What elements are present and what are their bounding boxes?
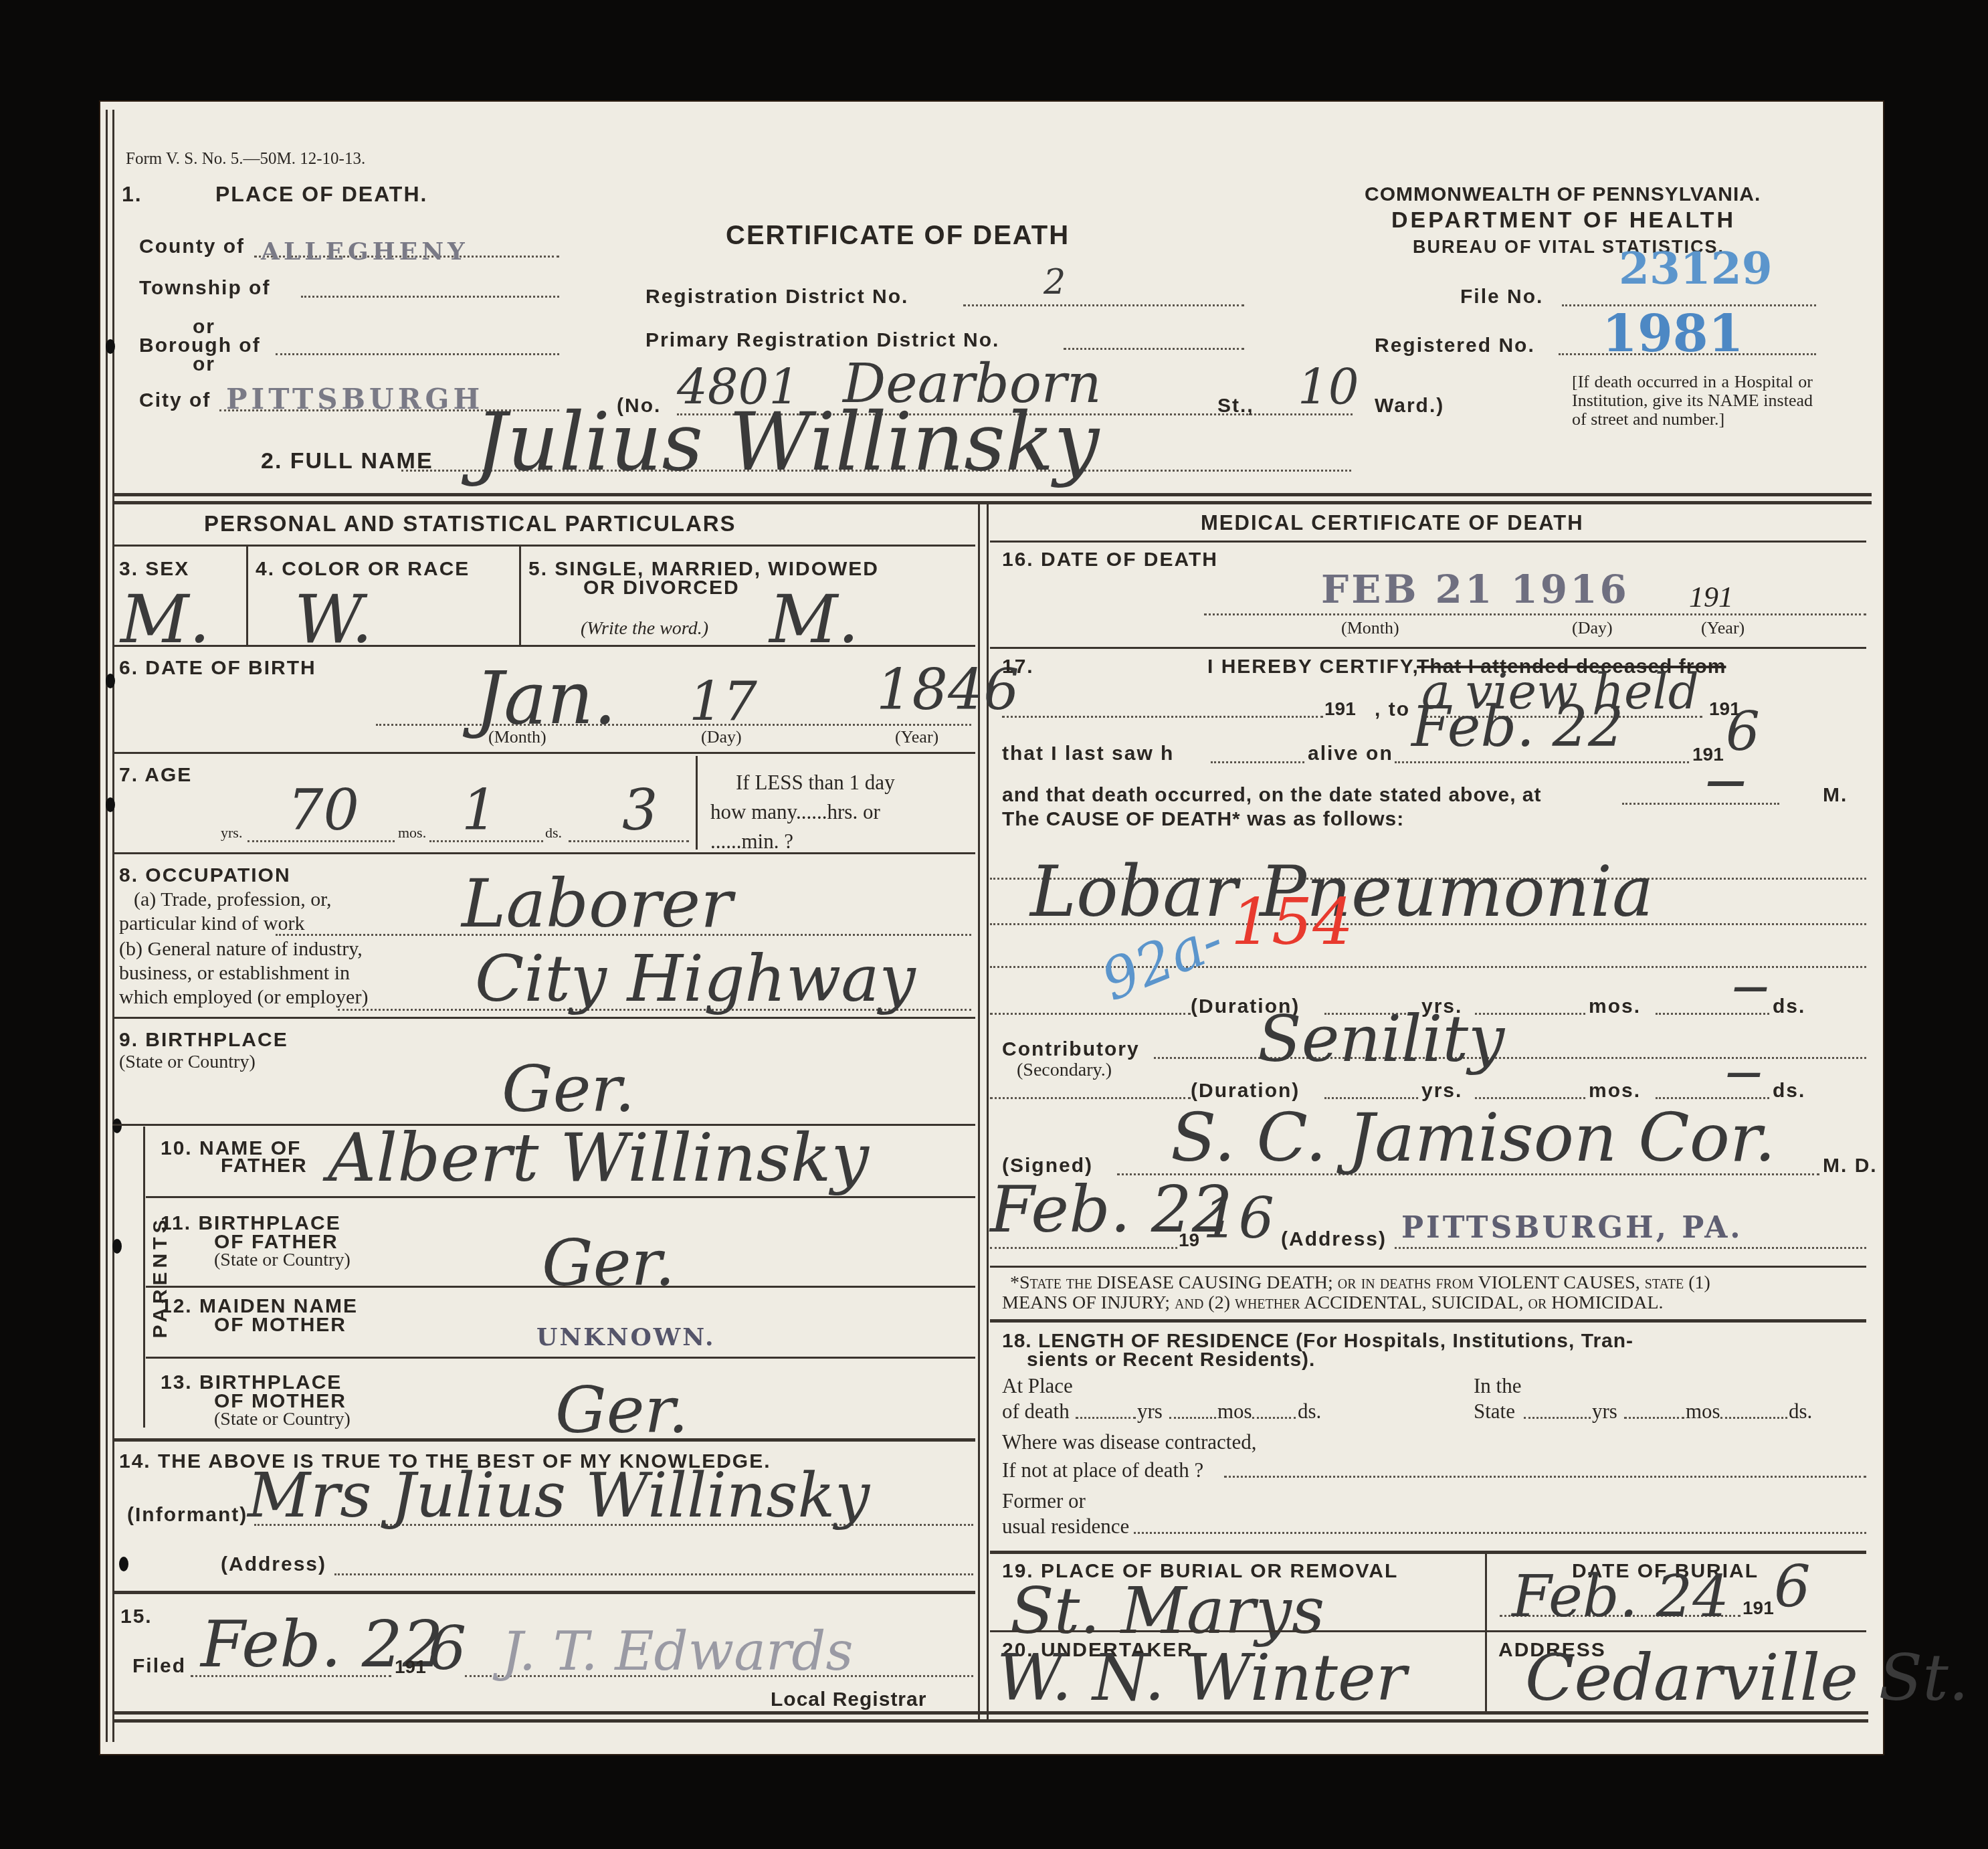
dod-day-caption: (Day) bbox=[1572, 618, 1613, 638]
dob-label: 6. DATE OF BIRTH bbox=[119, 657, 316, 680]
physician-signature: S. C. Jamison Cor. bbox=[1171, 1098, 1776, 1177]
duration-field[interactable] bbox=[990, 1013, 1191, 1015]
physician-address-label: (Address) bbox=[1281, 1228, 1387, 1251]
binder-hole bbox=[112, 1239, 122, 1254]
contracted-field[interactable] bbox=[1224, 1476, 1866, 1478]
state-label: State bbox=[1474, 1399, 1515, 1424]
binder-hole bbox=[106, 674, 115, 688]
burial-place-value[interactable]: St. Marys bbox=[1010, 1573, 1324, 1648]
registered-no-label: Registered No. bbox=[1375, 334, 1535, 357]
from-year-prefix: 191 bbox=[1324, 698, 1356, 720]
marital-label-2: OR DIVORCED bbox=[583, 577, 740, 599]
occupation-label: 8. OCCUPATION bbox=[119, 864, 291, 887]
township-label: Township of bbox=[139, 277, 270, 300]
less-than-day-1: If LESS than 1 day bbox=[736, 771, 895, 795]
age-days-value: 3 bbox=[622, 777, 658, 843]
father-birthplace-value[interactable]: Ger. bbox=[542, 1226, 675, 1300]
mother-name-stamp[interactable]: UNKNOWN. bbox=[536, 1323, 715, 1351]
duration2-ds-label: ds. bbox=[1773, 1080, 1805, 1102]
race-label: 4. COLOR OR RACE bbox=[256, 558, 470, 581]
of-death-label: of death bbox=[1002, 1399, 1070, 1424]
divider bbox=[990, 647, 1866, 649]
place-ds-field[interactable] bbox=[1252, 1417, 1296, 1419]
alive-on-label: alive on bbox=[1308, 743, 1393, 765]
date-of-death-label: 16. DATE OF DEATH bbox=[1002, 549, 1218, 571]
duration-ds-value: — bbox=[1732, 965, 1769, 1007]
classification-code-red: 154 bbox=[1231, 884, 1353, 959]
state-mos-label: mos bbox=[1686, 1399, 1720, 1424]
occupation-b-3: which employed (or employer) bbox=[119, 986, 368, 1009]
divider bbox=[990, 1266, 1866, 1268]
dod-year-prefix: 191 bbox=[1689, 580, 1733, 614]
registrar-label: Local Registrar bbox=[771, 1688, 926, 1711]
registration-district-value: 2 bbox=[1043, 262, 1066, 302]
city-label: City of bbox=[139, 389, 211, 412]
duration2-field[interactable] bbox=[990, 1097, 1191, 1099]
county-label: County of bbox=[139, 235, 245, 258]
former-label: Former or bbox=[1002, 1489, 1086, 1513]
age-label: 7. AGE bbox=[119, 764, 192, 787]
divider bbox=[112, 1719, 1868, 1723]
dob-year: 1846 bbox=[876, 657, 1019, 722]
street-label: St., bbox=[1217, 395, 1254, 417]
place-mos-label: mos bbox=[1217, 1399, 1252, 1424]
death-certificate: Form V. S. No. 5.—50M. 12-10-13. 1. PLAC… bbox=[100, 102, 1883, 1754]
medical-heading: MEDICAL CERTIFICATE OF DEATH bbox=[1201, 511, 1584, 535]
last-saw-field[interactable] bbox=[1211, 761, 1304, 763]
burial-year-prefix: 191 bbox=[1743, 1597, 1774, 1619]
signed-year-suffix: 16 bbox=[1203, 1185, 1274, 1251]
ward-value: 10 bbox=[1298, 359, 1359, 415]
informant-address-label: (Address) bbox=[221, 1553, 326, 1576]
duration2-ds-value: — bbox=[1726, 1050, 1762, 1093]
age-months-value: 1 bbox=[462, 777, 497, 843]
occupation-b-2: business, or establishment in bbox=[119, 962, 350, 985]
month-caption: (Month) bbox=[488, 727, 546, 747]
day-caption: (Day) bbox=[701, 727, 742, 747]
divider bbox=[112, 1711, 1868, 1715]
place-yrs-field[interactable] bbox=[1076, 1417, 1136, 1419]
former-residence-field[interactable] bbox=[1134, 1532, 1866, 1534]
undertaker-value[interactable]: W. N. Winter bbox=[997, 1640, 1407, 1715]
m-label: M. bbox=[1823, 784, 1848, 807]
sex-label: 3. SEX bbox=[119, 558, 189, 581]
filed-year-prefix: 191 bbox=[395, 1656, 426, 1678]
death-time-field[interactable] bbox=[1622, 803, 1779, 805]
divider bbox=[112, 493, 1872, 496]
signed-date-field[interactable] bbox=[990, 1247, 1177, 1249]
secondary-label: (Secondary.) bbox=[1017, 1060, 1112, 1081]
burial-year-suffix: 6 bbox=[1774, 1553, 1811, 1620]
last-saw-label: that I last saw h bbox=[1002, 743, 1174, 765]
place-ds-label: ds. bbox=[1298, 1399, 1321, 1424]
binder-hole bbox=[119, 1557, 128, 1571]
less-than-day-3[interactable]: ......min. ? bbox=[710, 830, 793, 854]
divider bbox=[990, 541, 1866, 543]
physician-address-field[interactable] bbox=[1395, 1247, 1866, 1249]
borough-field[interactable] bbox=[276, 353, 559, 355]
primary-registration-field[interactable] bbox=[1064, 348, 1244, 350]
mother-birthplace-value[interactable]: Ger. bbox=[555, 1373, 688, 1448]
file-no-stamp: 23129 bbox=[1619, 242, 1773, 294]
agency-commonwealth: COMMONWEALTH OF PENNSYLVANIA. bbox=[1365, 183, 1761, 206]
informant-label: (Informant) bbox=[127, 1504, 247, 1527]
occupation-b-1: (b) General nature of industry, bbox=[119, 938, 363, 961]
father-birthplace-hint: (State or Country) bbox=[214, 1250, 351, 1271]
ward-label: Ward.) bbox=[1375, 395, 1444, 417]
informant-address-field[interactable] bbox=[334, 1573, 973, 1575]
residence-heading-2: sients or Recent Residents). bbox=[1027, 1349, 1315, 1371]
age-years-value: 70 bbox=[288, 777, 359, 843]
birthplace-hint: (State or Country) bbox=[119, 1052, 256, 1073]
divider bbox=[112, 1017, 975, 1019]
divider bbox=[112, 545, 975, 547]
city-stamp: PITTSBURGH bbox=[226, 383, 484, 415]
to-label: , to bbox=[1375, 698, 1410, 721]
less-than-day-2[interactable]: how many......hrs. or bbox=[710, 800, 880, 824]
in-the-label: In the bbox=[1474, 1374, 1521, 1398]
alive-on-field[interactable] bbox=[1395, 761, 1689, 763]
township-field[interactable] bbox=[301, 296, 559, 298]
dob-day: 17 bbox=[689, 670, 757, 733]
state-yrs-label: yrs bbox=[1592, 1399, 1617, 1424]
divider bbox=[112, 645, 975, 647]
physician-address-stamp: PITTSBURGH, PA. bbox=[1401, 1211, 1743, 1245]
signed-year-prefix: 19 bbox=[1179, 1230, 1199, 1251]
binder-hole bbox=[106, 339, 115, 354]
registered-no-stamp: 1981 bbox=[1602, 304, 1744, 363]
filed-year-suffix: 6 bbox=[428, 1614, 466, 1684]
divider bbox=[112, 501, 1872, 504]
divider bbox=[112, 852, 975, 854]
certificate-title: CERTIFICATE OF DEATH bbox=[726, 221, 1070, 251]
parents-divider bbox=[143, 1127, 145, 1428]
cause-label: The CAUSE OF DEATH* was as follows: bbox=[1002, 808, 1404, 831]
registration-district-label: Registration District No. bbox=[645, 286, 908, 308]
state-yrs-field[interactable] bbox=[1524, 1417, 1591, 1419]
yrs-label: yrs. bbox=[221, 824, 242, 842]
divider bbox=[990, 1551, 1866, 1554]
full-name-value: Julius Willinsky bbox=[475, 396, 1099, 489]
death-time-label: and that death occurred, on the date sta… bbox=[1002, 784, 1541, 807]
cell-divider bbox=[519, 545, 521, 645]
place-mos-field[interactable] bbox=[1169, 1417, 1216, 1419]
filed-label: Filed bbox=[132, 1655, 186, 1678]
contributory-value: Senility bbox=[1258, 1001, 1504, 1076]
registrar-signature: J. T. Edwards bbox=[502, 1620, 853, 1682]
divider bbox=[146, 1196, 975, 1198]
footnote-line-1: *State the DISEASE CAUSING DEATH; or in … bbox=[1010, 1272, 1710, 1294]
primary-registration-label: Primary Registration District No. bbox=[645, 329, 999, 352]
filed-num: 15. bbox=[120, 1605, 153, 1628]
state-ds-field[interactable] bbox=[1720, 1417, 1787, 1419]
dod-month-caption: (Month) bbox=[1341, 618, 1399, 638]
binder-hole bbox=[106, 797, 115, 812]
father-name-label-2: FATHER bbox=[221, 1155, 308, 1177]
place-yrs-label: yrs bbox=[1137, 1399, 1163, 1424]
divider bbox=[112, 1591, 975, 1594]
divider bbox=[112, 1438, 975, 1442]
father-name-value[interactable]: Albert Willinsky bbox=[328, 1118, 869, 1197]
binder-hole bbox=[112, 1118, 122, 1133]
mother-birthplace-hint: (State or Country) bbox=[214, 1409, 351, 1430]
county-stamp: ALLEGHENY bbox=[261, 237, 469, 266]
dob-field[interactable] bbox=[376, 724, 971, 726]
duration-ds-label: ds. bbox=[1773, 995, 1805, 1018]
divider bbox=[146, 1357, 975, 1359]
certify-text: I HEREBY CERTIFY, bbox=[1207, 656, 1419, 678]
margin-rule bbox=[112, 110, 114, 1742]
place-of-death-num: 1. bbox=[122, 182, 142, 207]
burial-date-value: Feb. 24 bbox=[1512, 1563, 1729, 1630]
date-of-death-stamp: FEB 21 1916 bbox=[1321, 567, 1629, 612]
agency-department: DEPARTMENT OF HEALTH bbox=[1391, 207, 1736, 233]
at-place-label: At Place bbox=[1002, 1374, 1073, 1398]
attended-from-field[interactable] bbox=[1002, 716, 1323, 718]
duration-mos-label: mos. bbox=[1589, 995, 1641, 1018]
divider bbox=[112, 752, 975, 754]
death-time-value: — bbox=[1706, 757, 1746, 804]
cause-line-2[interactable] bbox=[990, 923, 1866, 925]
cell-divider bbox=[246, 545, 248, 645]
alive-year-suffix: 6 bbox=[1726, 700, 1760, 763]
date-of-death-field[interactable] bbox=[1204, 613, 1866, 615]
file-no-label: File No. bbox=[1460, 286, 1543, 308]
hospital-note: [If death occurred in a Hospital or Inst… bbox=[1572, 373, 1813, 429]
alive-on-value: Feb. 22 bbox=[1411, 694, 1623, 759]
not-at-place-label: If not at place of death ? bbox=[1002, 1458, 1203, 1482]
divider bbox=[990, 1319, 1866, 1323]
year-caption: (Year) bbox=[895, 727, 938, 747]
birthplace-label: 9. BIRTHPLACE bbox=[119, 1029, 288, 1052]
occupation-a-1: (a) Trade, profession, or, bbox=[134, 888, 331, 911]
cell-divider bbox=[1485, 1553, 1487, 1714]
md-label: M. D. bbox=[1823, 1155, 1878, 1177]
place-of-death-heading: PLACE OF DEATH. bbox=[215, 182, 427, 207]
occupation-b-value: City Highway bbox=[475, 941, 916, 1016]
occupation-a-value: Laborer bbox=[462, 864, 732, 943]
state-ds-label: ds. bbox=[1789, 1399, 1812, 1424]
undertaker-address-value[interactable]: Cedarville St. bbox=[1525, 1640, 1969, 1715]
divider bbox=[990, 1630, 1866, 1632]
personal-heading: PERSONAL AND STATISTICAL PARTICULARS bbox=[204, 511, 736, 537]
ds-label: ds. bbox=[545, 824, 562, 842]
certify-num: 17. bbox=[1002, 656, 1034, 678]
usual-residence-label: usual residence bbox=[1002, 1515, 1129, 1539]
mos-label: mos. bbox=[398, 824, 426, 842]
cell-divider bbox=[696, 756, 698, 850]
contracted-label: Where was disease contracted, bbox=[1002, 1430, 1256, 1454]
dod-year-caption: (Year) bbox=[1701, 618, 1745, 638]
duration-ds-field[interactable] bbox=[1656, 1013, 1769, 1015]
state-mos-field[interactable] bbox=[1624, 1417, 1684, 1419]
contributory-label: Contributory bbox=[1002, 1038, 1140, 1061]
birthplace-value[interactable]: Ger. bbox=[502, 1052, 635, 1127]
margin-rule bbox=[106, 110, 108, 1742]
or-label: or bbox=[193, 353, 215, 376]
form-number: Form V. S. No. 5.—50M. 12-10-13. bbox=[126, 150, 365, 169]
marital-hint: (Write the word.) bbox=[581, 618, 708, 640]
occupation-a-2: particular kind of work bbox=[119, 912, 304, 935]
registration-district-field[interactable] bbox=[963, 304, 1244, 306]
informant-value: Mrs Julius Willinsky bbox=[247, 1460, 870, 1531]
footnote-line-2: MEANS OF INJURY; and (2) whether ACCIDEN… bbox=[1002, 1292, 1664, 1314]
divider bbox=[146, 1286, 975, 1288]
mother-name-label-2: OF MOTHER bbox=[214, 1314, 346, 1337]
